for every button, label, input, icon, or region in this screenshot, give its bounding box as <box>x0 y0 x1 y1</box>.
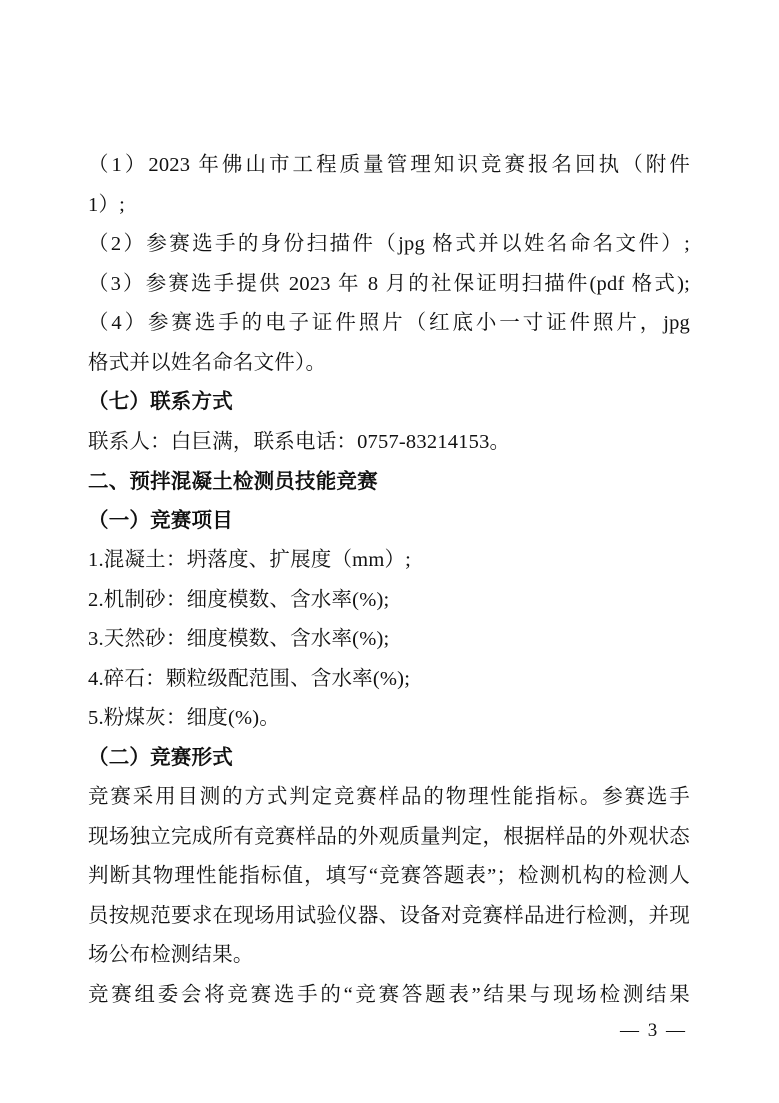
document-body: （1）2023 年佛山市工程质量管理知识竞赛报名回执（附件 1）; （2）参赛选… <box>88 146 690 1015</box>
body-line-attachment-3: （3）参赛选手提供 2023 年 8 月的社保证明扫描件(pdf 格式); <box>88 265 690 305</box>
body-line-attachment-1-cont: 1）; <box>88 186 690 226</box>
paragraph-format-line-5: 场公布检测结果。 <box>88 936 690 976</box>
document-page: （1）2023 年佛山市工程质量管理知识竞赛报名回执（附件 1）; （2）参赛选… <box>0 0 779 1103</box>
heading-competition-items: （一）竞赛项目 <box>88 502 690 542</box>
list-item-natural-sand: 3.天然砂：细度模数、含水率(%); <box>88 620 690 660</box>
list-item-manufactured-sand: 2.机制砂：细度模数、含水率(%); <box>88 581 690 621</box>
paragraph-format-line-1: 竞赛采用目测的方式判定竞赛样品的物理性能指标。参赛选手 <box>88 778 690 818</box>
list-item-concrete: 1.混凝土：坍落度、扩展度（mm）; <box>88 541 690 581</box>
paragraph-format-line-3: 判断其物理性能指标值，填写“竞赛答题表”；检测机构的检测人 <box>88 857 690 897</box>
body-line-attachment-1: （1）2023 年佛山市工程质量管理知识竞赛报名回执（附件 <box>88 146 690 186</box>
heading-competition-format: （二）竞赛形式 <box>88 739 690 779</box>
body-line-attachment-4: （4）参赛选手的电子证件照片（红底小一寸证件照片，jpg <box>88 304 690 344</box>
page-number: — 3 — <box>620 1020 687 1042</box>
heading-contact-info: （七）联系方式 <box>88 383 690 423</box>
paragraph-format-line-2: 现场独立完成所有竞赛样品的外观质量判定，根据样品的外观状态 <box>88 818 690 858</box>
list-item-crushed-stone: 4.碎石：颗粒级配范围、含水率(%); <box>88 660 690 700</box>
paragraph-format-line-4: 员按规范要求在现场用试验仪器、设备对竞赛样品进行检测，并现 <box>88 897 690 937</box>
body-line-attachment-4-cont: 格式并以姓名命名文件）。 <box>88 344 690 384</box>
body-line-attachment-2: （2）参赛选手的身份扫描件（jpg 格式并以姓名命名文件）; <box>88 225 690 265</box>
body-line-contact-person: 联系人：白巨满，联系电话：0757-83214153。 <box>88 423 690 463</box>
heading-section-2-concrete-tester-competition: 二、预拌混凝土检测员技能竞赛 <box>88 462 690 502</box>
paragraph-results-line-1: 竞赛组委会将竞赛选手的“竞赛答题表”结果与现场检测结果 <box>88 976 690 1016</box>
list-item-fly-ash: 5.粉煤灰：细度(%)。 <box>88 699 690 739</box>
